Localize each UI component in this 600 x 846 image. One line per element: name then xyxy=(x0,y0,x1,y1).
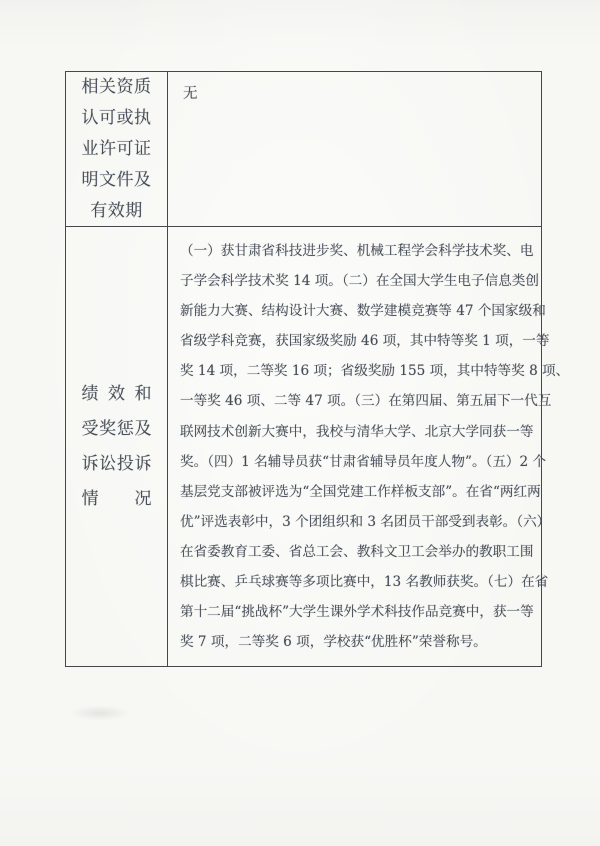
scanned-paper-background: 相关资质认可或执业许可证明文件及有效期 无 绩效和受奖惩及诉讼投诉情况 （一）获… xyxy=(0,0,600,846)
text-line: 优”评选表彰中，3 个团组织和 3 名团员干部受到表彰。（六） xyxy=(180,507,532,537)
cell-performance-text: （一）获甘肃省科技进步奖、机械工程学会科学技术奖、电子学会科学技术奖 14 项。… xyxy=(180,236,532,657)
text-line: 无 xyxy=(183,81,531,107)
text-line: 新能力大赛、结构设计大赛、数学建模竞赛等 47 个国家级和 xyxy=(180,296,532,326)
cell-performance-value: （一）获甘肃省科技进步奖、机械工程学会科学技术奖、电子学会科学技术奖 14 项。… xyxy=(168,227,541,666)
scan-smudge xyxy=(70,705,130,721)
text-line: 省级学科竞赛，获国家级奖励 46 项，其中特等奖 1 项，一等 xyxy=(180,326,532,356)
table-row-performance: 绩效和受奖惩及诉讼投诉情况 （一）获甘肃省科技进步奖、机械工程学会科学技术奖、电… xyxy=(66,227,541,666)
text-line: 在省委教育工委、省总工会、教科文卫工会举办的教职工围 xyxy=(180,537,532,567)
text-line: 业许可证 xyxy=(82,134,152,165)
table-row-qualification: 相关资质认可或执业许可证明文件及有效期 无 xyxy=(66,72,541,227)
row-header-qualification: 相关资质认可或执业许可证明文件及有效期 xyxy=(66,72,168,226)
text-line: 子学会科学技术奖 14 项。（二）在全国大学生电子信息类创 xyxy=(180,266,532,296)
text-line: 诉讼投诉 xyxy=(82,447,152,482)
text-line: 相关资质 xyxy=(82,72,152,103)
text-line: 认可或执 xyxy=(82,103,152,134)
text-line: 绩效和 xyxy=(82,377,152,412)
text-line: 联网技术创新大赛中，我校与清华大学、北京大学同获一等 xyxy=(180,417,532,447)
text-line: 受奖惩及 xyxy=(82,412,152,447)
text-line: 奖。（四）1 名辅导员获“甘肃省辅导员年度人物”。（五）2 个 xyxy=(180,447,532,477)
info-table: 相关资质认可或执业许可证明文件及有效期 无 绩效和受奖惩及诉讼投诉情况 （一）获… xyxy=(65,71,542,667)
text-line: 有效期 xyxy=(82,196,152,227)
text-line: 奖 7 项，二等奖 6 项，学校获“优胜杯”荣誉称号。 xyxy=(180,627,532,657)
text-line: 一等奖 46 项、二等 47 项。（三）在第四届、第五届下一代互 xyxy=(180,386,532,416)
text-line: 情况 xyxy=(82,482,152,517)
row-header-qualification-text: 相关资质认可或执业许可证明文件及有效期 xyxy=(82,72,152,227)
cell-qualification-value: 无 xyxy=(168,72,541,226)
row-header-performance-text: 绩效和受奖惩及诉讼投诉情况 xyxy=(82,377,152,517)
text-line: 基层党支部被评选为“全国党建工作样板支部”。在省“两红两 xyxy=(180,477,532,507)
cell-qualification-text: 无 xyxy=(183,81,531,107)
text-line: （一）获甘肃省科技进步奖、机械工程学会科学技术奖、电 xyxy=(180,236,532,266)
text-line: 奖 14 项，二等奖 16 项；省级奖励 155 项，其中特等奖 8 项、 xyxy=(180,356,532,386)
text-line: 棋比赛、乒乓球赛等多项比赛中，13 名教师获奖。（七）在省 xyxy=(180,567,532,597)
row-header-performance: 绩效和受奖惩及诉讼投诉情况 xyxy=(66,227,168,666)
text-line: 第十二届“挑战杯”大学生课外学术科技作品竞赛中，获一等 xyxy=(180,597,532,627)
text-line: 明文件及 xyxy=(82,165,152,196)
